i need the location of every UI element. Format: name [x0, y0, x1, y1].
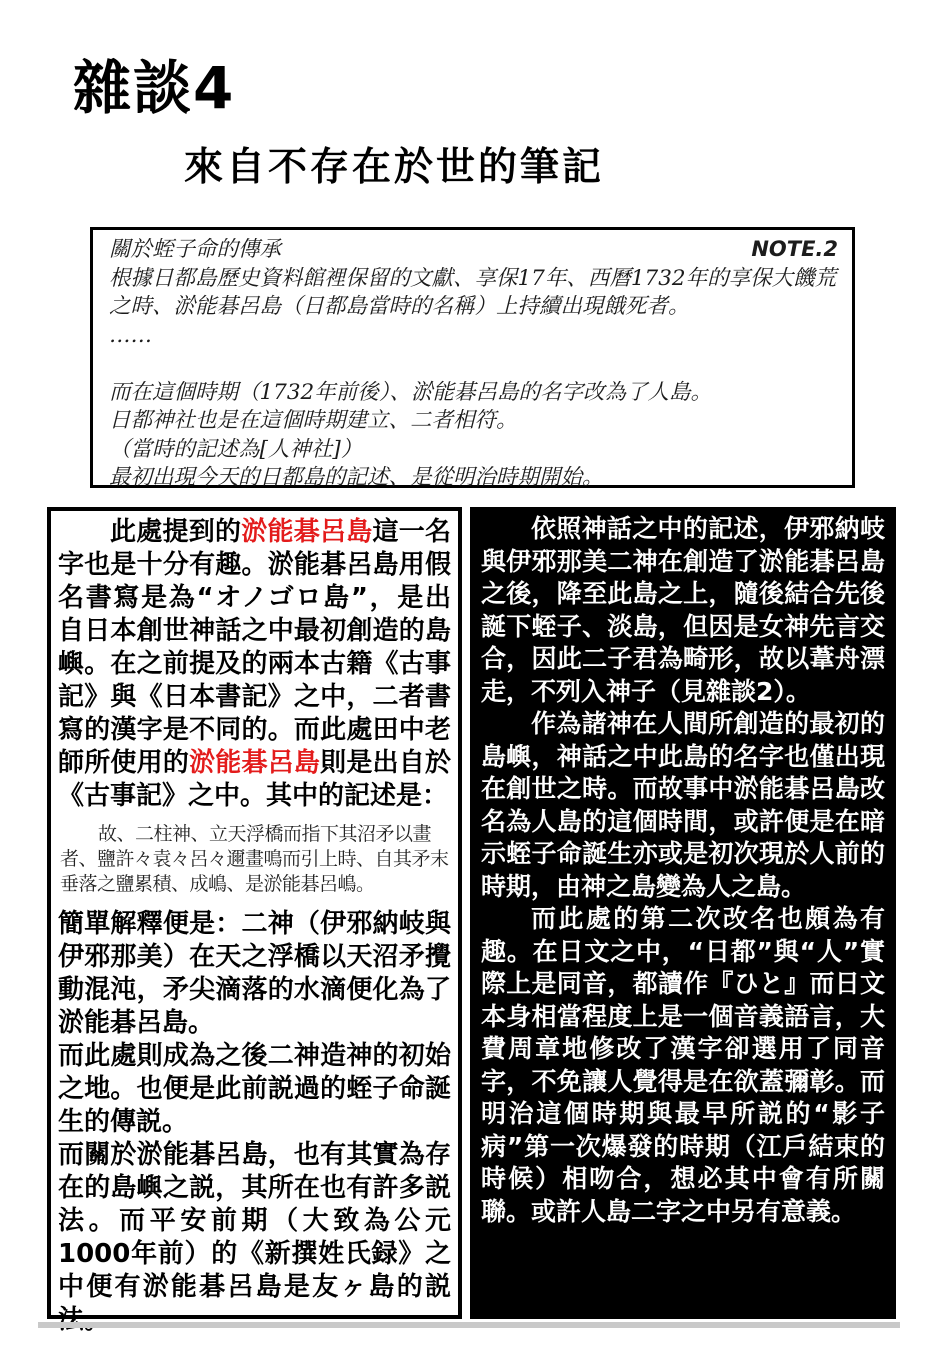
page-title: 雜談4 [73, 58, 235, 119]
note-line: 而在這個時期（1732年前後）、淤能碁呂島的名字改為了人島。 [109, 379, 838, 408]
left-paragraph-3: 而此處則成為之後二神造神的初始之地。也便是此前説過的蛭子命誕生的傳説。 [58, 1040, 451, 1139]
note-heading: 關於蛭子命的傳承 [109, 236, 281, 265]
note-header: 關於蛭子命的傳承 NOTE.2 [109, 235, 838, 265]
note-line: …… [109, 322, 838, 351]
note-line: （當時的記述為[人神社]） [109, 436, 838, 465]
kojiki-quote: 故、二柱神、立天浮橋而指下其沼矛以畫者、鹽許々袁々呂々邇畫鳴而引上時、自其矛末垂… [60, 822, 449, 897]
page-bottom-shadow [38, 1322, 900, 1328]
note-line: 日都神社也是在這個時期建立、二者相符。 [109, 407, 838, 436]
left-paragraph-2: 簡單解釋便是：二神（伊邪納岐與伊邪那美）在天之浮橋以天沼矛攪動混沌，矛尖滴落的水… [58, 908, 451, 1040]
right-text-panel: 依照神話之中的記述，伊邪納岐與伊邪那美二神在創造了淤能碁呂島之後，降至此島之上，… [470, 507, 896, 1319]
note-line: 最初出現今天的日都島的記述、是從明治時期開始。 [109, 464, 838, 493]
note-number-label: NOTE.2 [751, 235, 838, 264]
note-line: 根據日都島歷史資料館裡保留的文獻、享保17年、西曆1732年的享保大饑荒之時、淤… [109, 265, 838, 322]
right-paragraph-3: 而此處的第二次改名也頗為有趣。在日文之中，“日都”與“人”實際上是同音，都讀作『… [481, 903, 885, 1228]
left-paragraph-1: 此處提到的淤能碁呂島這一名字也是十分有趣。淤能碁呂島用假名書寫是為“オノゴロ島”… [58, 516, 451, 813]
right-paragraph-2: 作為諸神在人間所創造的最初的島嶼，神話之中此島的名字也僅出現在創世之時。而故事中… [481, 708, 885, 903]
right-paragraph-1: 依照神話之中的記述，伊邪納岐與伊邪那美二神在創造了淤能碁呂島之後，降至此島之上，… [481, 513, 885, 708]
page-subtitle: 來自不存在於世的筆記 [184, 136, 604, 192]
left-paragraph-4: 而關於淤能碁呂島，也有其實為存在的島嶼之説，其所在也有許多説法。而平安前期（大致… [58, 1139, 451, 1337]
note-box: 關於蛭子命的傳承 NOTE.2 根據日都島歷史資料館裡保留的文獻、享保17年、西… [90, 227, 855, 488]
note-line [109, 350, 838, 379]
note-body: 根據日都島歷史資料館裡保留的文獻、享保17年、西曆1732年的享保大饑荒之時、淤… [109, 265, 838, 522]
left-text-panel: 此處提到的淤能碁呂島這一名字也是十分有趣。淤能碁呂島用假名書寫是為“オノゴロ島”… [47, 507, 462, 1319]
